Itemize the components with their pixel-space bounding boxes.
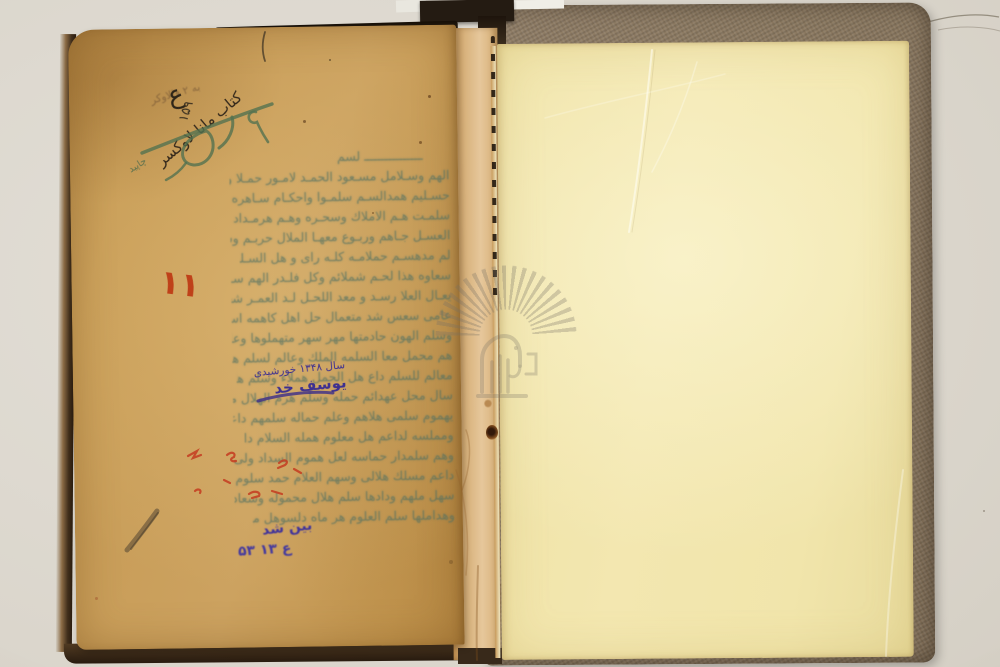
gutter-spot: [484, 399, 492, 408]
speck: [372, 212, 374, 214]
folio-number-red: ۱۱: [158, 262, 203, 306]
speck: [449, 560, 453, 564]
speck: [983, 510, 985, 512]
right-page-blank: [497, 41, 914, 660]
speck: [95, 597, 98, 600]
speck: [329, 59, 331, 61]
wormhole-stain: [486, 425, 498, 440]
speck: [303, 120, 306, 123]
manuscript-line: ــــــــــــــــ لسم: [324, 146, 423, 168]
manuscript-text: ــــــــــــــــ لسمالهم وسـلامل مسـعود …: [229, 145, 455, 528]
speck: [419, 141, 422, 144]
photo-scene: ــــــــــــــــ لسمالهم وسـلامل مسـعود …: [0, 0, 1000, 667]
speck: [428, 95, 431, 98]
paper-sliver-top: [512, 0, 564, 9]
